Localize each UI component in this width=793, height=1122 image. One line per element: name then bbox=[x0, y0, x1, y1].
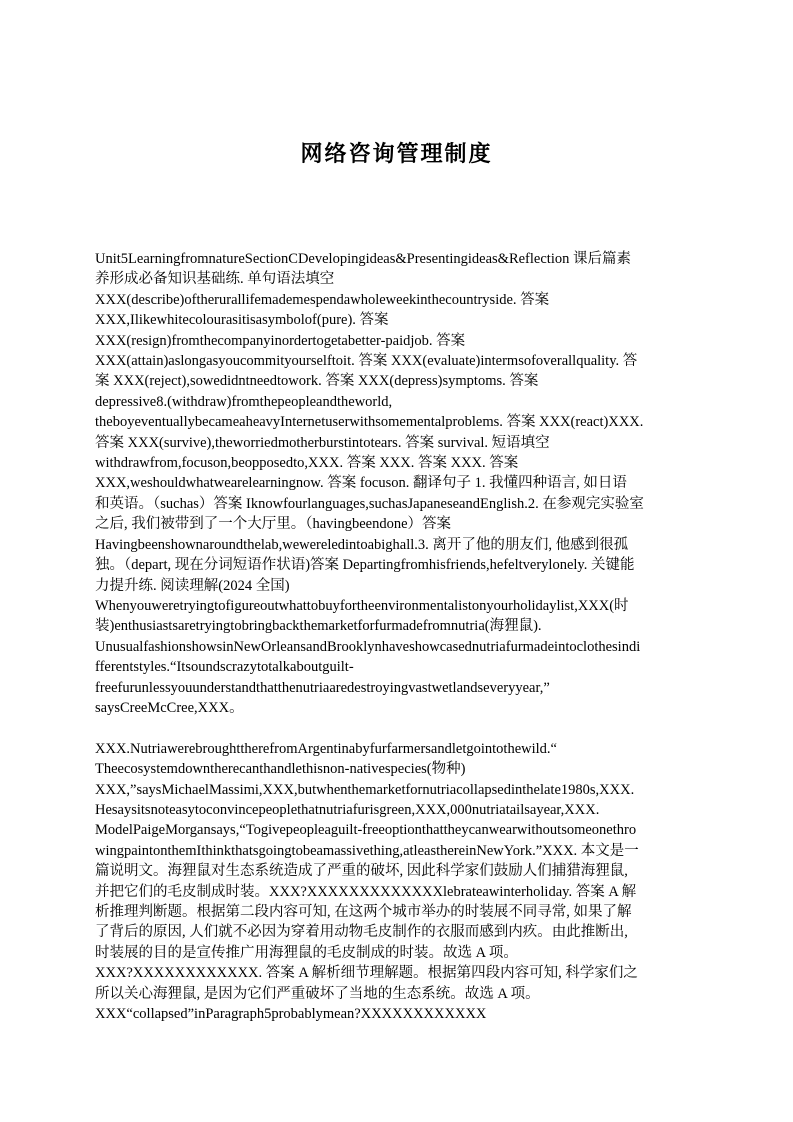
text-line: XXX(resign)fromthecompanyinordertogetabe… bbox=[95, 331, 707, 351]
text-line: withdrawfrom,focuson,beopposedto,XXX. 答案… bbox=[95, 453, 707, 473]
document-body: Unit5LearningfromnatureSectionCDevelopin… bbox=[95, 249, 707, 1024]
text-line: 析推理判断题。根据第二段内容可知, 在这两个城市举办的时装展不同寻常, 如果了解 bbox=[95, 902, 707, 922]
text-line: 之后, 我们被带到了一个大厅里。（havingbeendone）答案 bbox=[95, 514, 707, 534]
text-line: 时装展的目的是宣传推广用海狸鼠的毛皮制成的时装。故选 A 项。 bbox=[95, 943, 707, 963]
text-line: Hesaysitsnoteasytoconvincepeoplethatnutr… bbox=[95, 800, 707, 820]
text-line: XXX“collapsed”inParagraph5probablymean?X… bbox=[95, 1004, 707, 1024]
text-line: 篇说明文。海狸鼠对生态系统造成了严重的破坏, 因此科学家们鼓励人们捕猎海狸鼠, bbox=[95, 861, 707, 881]
text-line: 并把它们的毛皮制成时装。XXX?XXXXXXXXXXXXXlebrateawin… bbox=[95, 882, 707, 902]
text-line: depressive8.(withdraw)fromthepeopleandth… bbox=[95, 392, 707, 412]
paragraph: Unit5LearningfromnatureSectionCDevelopin… bbox=[95, 249, 707, 718]
text-line: UnusualfashionshowsinNewOrleansandBrookl… bbox=[95, 637, 707, 657]
text-line: 案 XXX(reject),sowedidntneedtowork. 答案 XX… bbox=[95, 371, 707, 391]
text-line: XXX,weshouldwhatwearelearningnow. 答案 foc… bbox=[95, 473, 707, 493]
text-line: 了背后的原因, 人们就不必因为穿着用动物毛皮制作的衣服而感到内疚。由此推断出, bbox=[95, 922, 707, 942]
text-line: fferentstyles.“Itsoundscrazytotalkaboutg… bbox=[95, 657, 707, 677]
text-line: XXX,”saysMichaelMassimi,XXX,butwhenthema… bbox=[95, 780, 707, 800]
text-line: Unit5LearningfromnatureSectionCDevelopin… bbox=[95, 249, 707, 269]
text-line: XXX,Ilikewhitecolourasitisasymbolof(pure… bbox=[95, 310, 707, 330]
text-line: Havingbeenshownaroundthelab,wewereledint… bbox=[95, 535, 707, 555]
text-line: saysCreeMcCree,XXX。 bbox=[95, 698, 707, 718]
document-title: 网络咨询管理制度 bbox=[0, 137, 793, 168]
text-line: XXX?XXXXXXXXXXXX. 答案 A 解析细节理解题。根据第四段内容可知… bbox=[95, 963, 707, 983]
text-line: XXX(attain)aslongasyoucommityourselftoit… bbox=[95, 351, 707, 371]
document-page: 网络咨询管理制度 Unit5LearningfromnatureSectionC… bbox=[0, 0, 793, 1122]
text-line: 和英语。（suchas）答案 Iknowfourlanguages,suchas… bbox=[95, 494, 707, 514]
text-line: 答案 XXX(survive),theworriedmotherburstint… bbox=[95, 433, 707, 453]
text-line: wingpaintonthemIthinkthatsgoingtobeamass… bbox=[95, 841, 707, 861]
text-line: XXX(describe)oftherurallifemademespendaw… bbox=[95, 290, 707, 310]
text-line: 独。（depart, 现在分词短语作状语)答案 Departingfromhis… bbox=[95, 555, 707, 575]
text-line: freefurunlessyouunderstandthatthenutriaa… bbox=[95, 678, 707, 698]
paragraph: XXX.NutriawerebroughttherefromArgentinab… bbox=[95, 739, 707, 1025]
text-line: ModelPaigeMorgansays,“Togivepeopleaguilt… bbox=[95, 820, 707, 840]
text-line: theboyeventuallybecameaheavyInternetuser… bbox=[95, 412, 707, 432]
text-line: 养形成必备知识基础练. 单句语法填空 bbox=[95, 269, 707, 289]
text-line: Whenyouweretryingtofigureoutwhattobuyfor… bbox=[95, 596, 707, 616]
text-line: XXX.NutriawerebroughttherefromArgentinab… bbox=[95, 739, 707, 759]
text-line: Theecosystemdowntherecanthandlethisnon-n… bbox=[95, 759, 707, 779]
text-line: 装)enthusiastsaretryingtobringbackthemark… bbox=[95, 616, 707, 636]
text-line: 所以关心海狸鼠, 是因为它们严重破坏了当地的生态系统。故选 A 项。 bbox=[95, 984, 707, 1004]
text-line: 力提升练. 阅读理解(2024 全国) bbox=[95, 576, 707, 596]
